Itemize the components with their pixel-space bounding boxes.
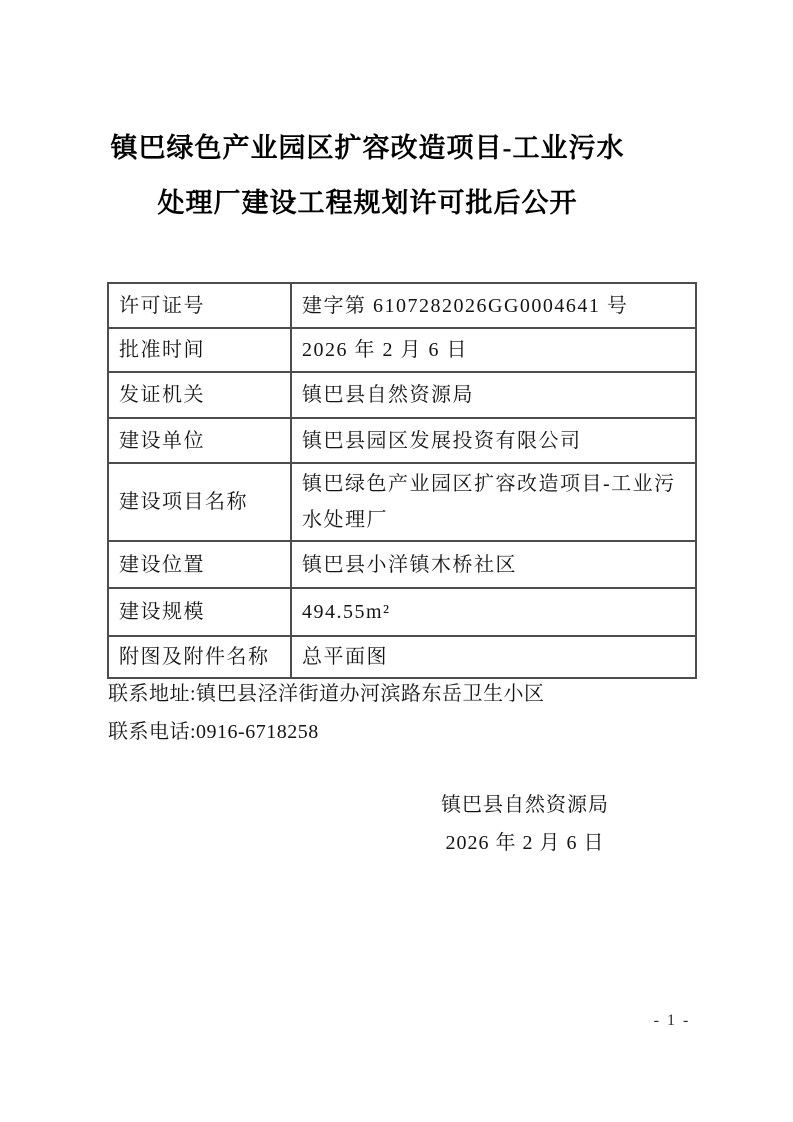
row-value: 镇巴县自然资源局 bbox=[291, 372, 696, 418]
permit-info-table: 许可证号 建字第 6107282026GG0004641 号 批准时间 2026… bbox=[107, 282, 697, 679]
row-label: 建设单位 bbox=[108, 418, 291, 463]
row-value: 镇巴绿色产业园区扩容改造项目-工业污水处理厂 bbox=[291, 463, 696, 541]
document-title-line-2: 处理厂建设工程规划许可批后公开 bbox=[0, 176, 735, 231]
table-row-approval-date: 批准时间 2026 年 2 月 6 日 bbox=[108, 328, 696, 372]
document-title: 镇巴绿色产业园区扩容改造项目-工业污水 处理厂建设工程规划许可批后公开 bbox=[0, 121, 793, 231]
document-title-line-1: 镇巴绿色产业园区扩容改造项目-工业污水 bbox=[0, 121, 735, 176]
row-label: 附图及附件名称 bbox=[108, 636, 291, 678]
contact-phone: 联系电话:0916-6718258 bbox=[108, 713, 545, 751]
row-value: 494.55m² bbox=[291, 588, 696, 636]
row-label: 建设规模 bbox=[108, 588, 291, 636]
document-page: 镇巴绿色产业园区扩容改造项目-工业污水 处理厂建设工程规划许可批后公开 许可证号… bbox=[0, 0, 793, 1122]
signature-authority: 镇巴县自然资源局 bbox=[375, 786, 675, 824]
row-value: 镇巴县园区发展投资有限公司 bbox=[291, 418, 696, 463]
table-row-construction-unit: 建设单位 镇巴县园区发展投资有限公司 bbox=[108, 418, 696, 463]
signature-block: 镇巴县自然资源局 2026 年 2 月 6 日 bbox=[375, 786, 675, 862]
row-label: 建设位置 bbox=[108, 541, 291, 588]
signature-date: 2026 年 2 月 6 日 bbox=[375, 824, 675, 862]
contact-address: 联系地址:镇巴县泾洋街道办河滨路东岳卫生小区 bbox=[108, 675, 545, 713]
row-value: 2026 年 2 月 6 日 bbox=[291, 328, 696, 372]
table-row-construction-scale: 建设规模 494.55m² bbox=[108, 588, 696, 636]
row-value: 总平面图 bbox=[291, 636, 696, 678]
row-value: 镇巴县小洋镇木桥社区 bbox=[291, 541, 696, 588]
table-row-issuing-authority: 发证机关 镇巴县自然资源局 bbox=[108, 372, 696, 418]
row-value: 建字第 6107282026GG0004641 号 bbox=[291, 283, 696, 328]
table-row-permit-number: 许可证号 建字第 6107282026GG0004641 号 bbox=[108, 283, 696, 328]
row-label: 发证机关 bbox=[108, 372, 291, 418]
row-label: 建设项目名称 bbox=[108, 463, 291, 541]
page-number: - 1 - bbox=[640, 1012, 704, 1030]
contact-block: 联系地址:镇巴县泾洋街道办河滨路东岳卫生小区 联系电话:0916-6718258 bbox=[108, 675, 545, 751]
table-row-attachment-name: 附图及附件名称 总平面图 bbox=[108, 636, 696, 678]
row-label: 许可证号 bbox=[108, 283, 291, 328]
row-label: 批准时间 bbox=[108, 328, 291, 372]
table-row-construction-location: 建设位置 镇巴县小洋镇木桥社区 bbox=[108, 541, 696, 588]
table-row-project-name: 建设项目名称 镇巴绿色产业园区扩容改造项目-工业污水处理厂 bbox=[108, 463, 696, 541]
